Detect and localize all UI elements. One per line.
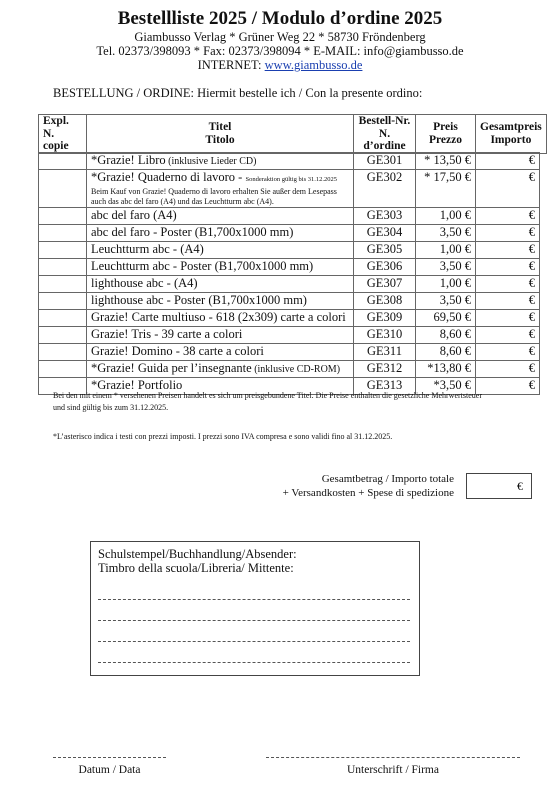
quantity-cell[interactable] [39, 208, 87, 225]
title-cell: *Grazie! Libro (inklusive Lieder CD) [87, 153, 354, 170]
stamp-label-it: Timbro della scuola/Libreria/ Mittente: [98, 561, 294, 575]
title-cell: abc del faro - Poster (B1,700x1000 mm) [87, 225, 354, 242]
table-row: Grazie! Carte multiuso - 618 (2x309) car… [39, 310, 540, 327]
price-cell: * 13,50 € [416, 153, 476, 170]
price-cell: 8,60 € [416, 344, 476, 361]
total-cell[interactable]: € [476, 361, 540, 378]
total-cell[interactable]: € [476, 310, 540, 327]
order-number-cell: GE307 [354, 276, 416, 293]
total-cell[interactable]: € [476, 276, 540, 293]
signature-line[interactable] [266, 757, 520, 758]
header-title: TitelTitolo [87, 115, 354, 154]
price-cell: 1,00 € [416, 242, 476, 259]
order-number-cell: GE308 [354, 293, 416, 310]
table-row: lighthouse abc - (A4)GE3071,00 €€ [39, 276, 540, 293]
order-number-cell: GE306 [354, 259, 416, 276]
order-number-cell: GE302 [354, 170, 416, 208]
price-cell: * 17,50 € [416, 170, 476, 208]
total-cell[interactable]: € [476, 293, 540, 310]
quantity-cell[interactable] [39, 153, 87, 170]
table-row: *Grazie! Libro (inklusive Lieder CD)GE30… [39, 153, 540, 170]
order-table: *Grazie! Libro (inklusive Lieder CD)GE30… [38, 152, 540, 395]
order-intro: BESTELLUNG / ORDINE: Hiermit bestelle ic… [53, 86, 422, 101]
header-order-no: Bestell-Nr.N. d’ordine [354, 115, 416, 154]
title-cell: lighthouse abc - Poster (B1,700x1000 mm) [87, 293, 354, 310]
website-link[interactable]: www.giambusso.de [265, 58, 363, 72]
total-cell[interactable]: € [476, 153, 540, 170]
stamp-line [98, 641, 410, 642]
header-total: GesamtpreisImporto [476, 115, 547, 154]
stamp-line [98, 599, 410, 600]
quantity-cell[interactable] [39, 170, 87, 208]
title-cell: Grazie! Carte multiuso - 618 (2x309) car… [87, 310, 354, 327]
title-cell: Leuchtturm abc - Poster (B1,700x1000 mm) [87, 259, 354, 276]
title-cell: abc del faro (A4) [87, 208, 354, 225]
footnote-de: Bei den mit einem * versehenen Preisen h… [53, 390, 493, 414]
order-number-cell: GE305 [354, 242, 416, 259]
footnote-it: *L’asterisco indica i testi con prezzi i… [53, 432, 392, 441]
table-row: abc del faro (A4)GE3031,00 €€ [39, 208, 540, 225]
quantity-cell[interactable] [39, 327, 87, 344]
quantity-cell[interactable] [39, 242, 87, 259]
quantity-cell[interactable] [39, 259, 87, 276]
date-line[interactable] [53, 757, 166, 758]
price-cell: 8,60 € [416, 327, 476, 344]
order-number-cell: GE311 [354, 344, 416, 361]
total-cell[interactable]: € [476, 259, 540, 276]
total-cell[interactable]: € [476, 327, 540, 344]
quantity-cell[interactable] [39, 344, 87, 361]
publisher-address: Giambusso Verlag * Grüner Weg 22 * 58730… [0, 30, 560, 44]
table-row: *Grazie! Quaderno di lavoro - Sonderakti… [39, 170, 540, 208]
title-cell: *Grazie! Quaderno di lavoro - Sonderakti… [87, 170, 354, 208]
quantity-cell[interactable] [39, 310, 87, 327]
signature-label: Unterschrift / Firma [266, 764, 520, 776]
order-number-cell: GE312 [354, 361, 416, 378]
title-cell: Leuchtturm abc - (A4) [87, 242, 354, 259]
price-cell: 3,50 € [416, 259, 476, 276]
total-amount-field[interactable]: € [466, 473, 532, 499]
stamp-box[interactable]: Schulstempel/Buchhandlung/Absender: Timb… [90, 541, 420, 676]
stamp-line [98, 662, 410, 663]
publisher-contact: Tel. 02373/398093 * Fax: 02373/398094 * … [0, 44, 560, 58]
stamp-line [98, 620, 410, 621]
total-cell[interactable]: € [476, 170, 540, 208]
table-row: Grazie! Domino - 38 carte a coloriGE3118… [39, 344, 540, 361]
total-cell[interactable]: € [476, 225, 540, 242]
order-table-header: Expl.N. copie TitelTitolo Bestell-Nr.N. … [38, 114, 547, 154]
page-title: Bestellliste 2025 / Modulo d’ordine 2025 [0, 8, 560, 30]
promo-note: Beim Kauf von Grazie! Quaderno di lavoro… [91, 187, 349, 207]
table-row: Leuchtturm abc - (A4)GE3051,00 €€ [39, 242, 540, 259]
title-cell: Grazie! Domino - 38 carte a colori [87, 344, 354, 361]
title-cell: *Grazie! Guida per l’insegnante (inklusi… [87, 361, 354, 378]
date-label: Datum / Data [53, 764, 166, 776]
quantity-cell[interactable] [39, 293, 87, 310]
price-cell: 3,50 € [416, 293, 476, 310]
order-number-cell: GE303 [354, 208, 416, 225]
total-cell[interactable]: € [476, 242, 540, 259]
table-row: Grazie! Tris - 39 carte a coloriGE3108,6… [39, 327, 540, 344]
quantity-cell[interactable] [39, 276, 87, 293]
quantity-cell[interactable] [39, 225, 87, 242]
table-row: *Grazie! Guida per l’insegnante (inklusi… [39, 361, 540, 378]
total-cell[interactable]: € [476, 344, 540, 361]
header-price: PreisPrezzo [416, 115, 476, 154]
total-label: Gesamtbetrag / Importo totale+ Versandko… [270, 472, 454, 500]
table-row: abc del faro - Poster (B1,700x1000 mm)GE… [39, 225, 540, 242]
price-cell: 1,00 € [416, 276, 476, 293]
price-cell: 69,50 € [416, 310, 476, 327]
table-row: lighthouse abc - Poster (B1,700x1000 mm)… [39, 293, 540, 310]
order-number-cell: GE304 [354, 225, 416, 242]
price-cell: 3,50 € [416, 225, 476, 242]
total-cell[interactable]: € [476, 208, 540, 225]
header-qty: Expl.N. copie [39, 115, 87, 154]
quantity-cell[interactable] [39, 361, 87, 378]
order-number-cell: GE309 [354, 310, 416, 327]
order-number-cell: GE301 [354, 153, 416, 170]
stamp-label-de: Schulstempel/Buchhandlung/Absender: [98, 547, 297, 561]
order-number-cell: GE310 [354, 327, 416, 344]
price-cell: 1,00 € [416, 208, 476, 225]
price-cell: *13,80 € [416, 361, 476, 378]
internet-label: INTERNET: [198, 58, 265, 72]
publisher-internet: INTERNET: www.giambusso.de [0, 58, 560, 72]
table-row: Leuchtturm abc - Poster (B1,700x1000 mm)… [39, 259, 540, 276]
title-cell: Grazie! Tris - 39 carte a colori [87, 327, 354, 344]
title-cell: lighthouse abc - (A4) [87, 276, 354, 293]
